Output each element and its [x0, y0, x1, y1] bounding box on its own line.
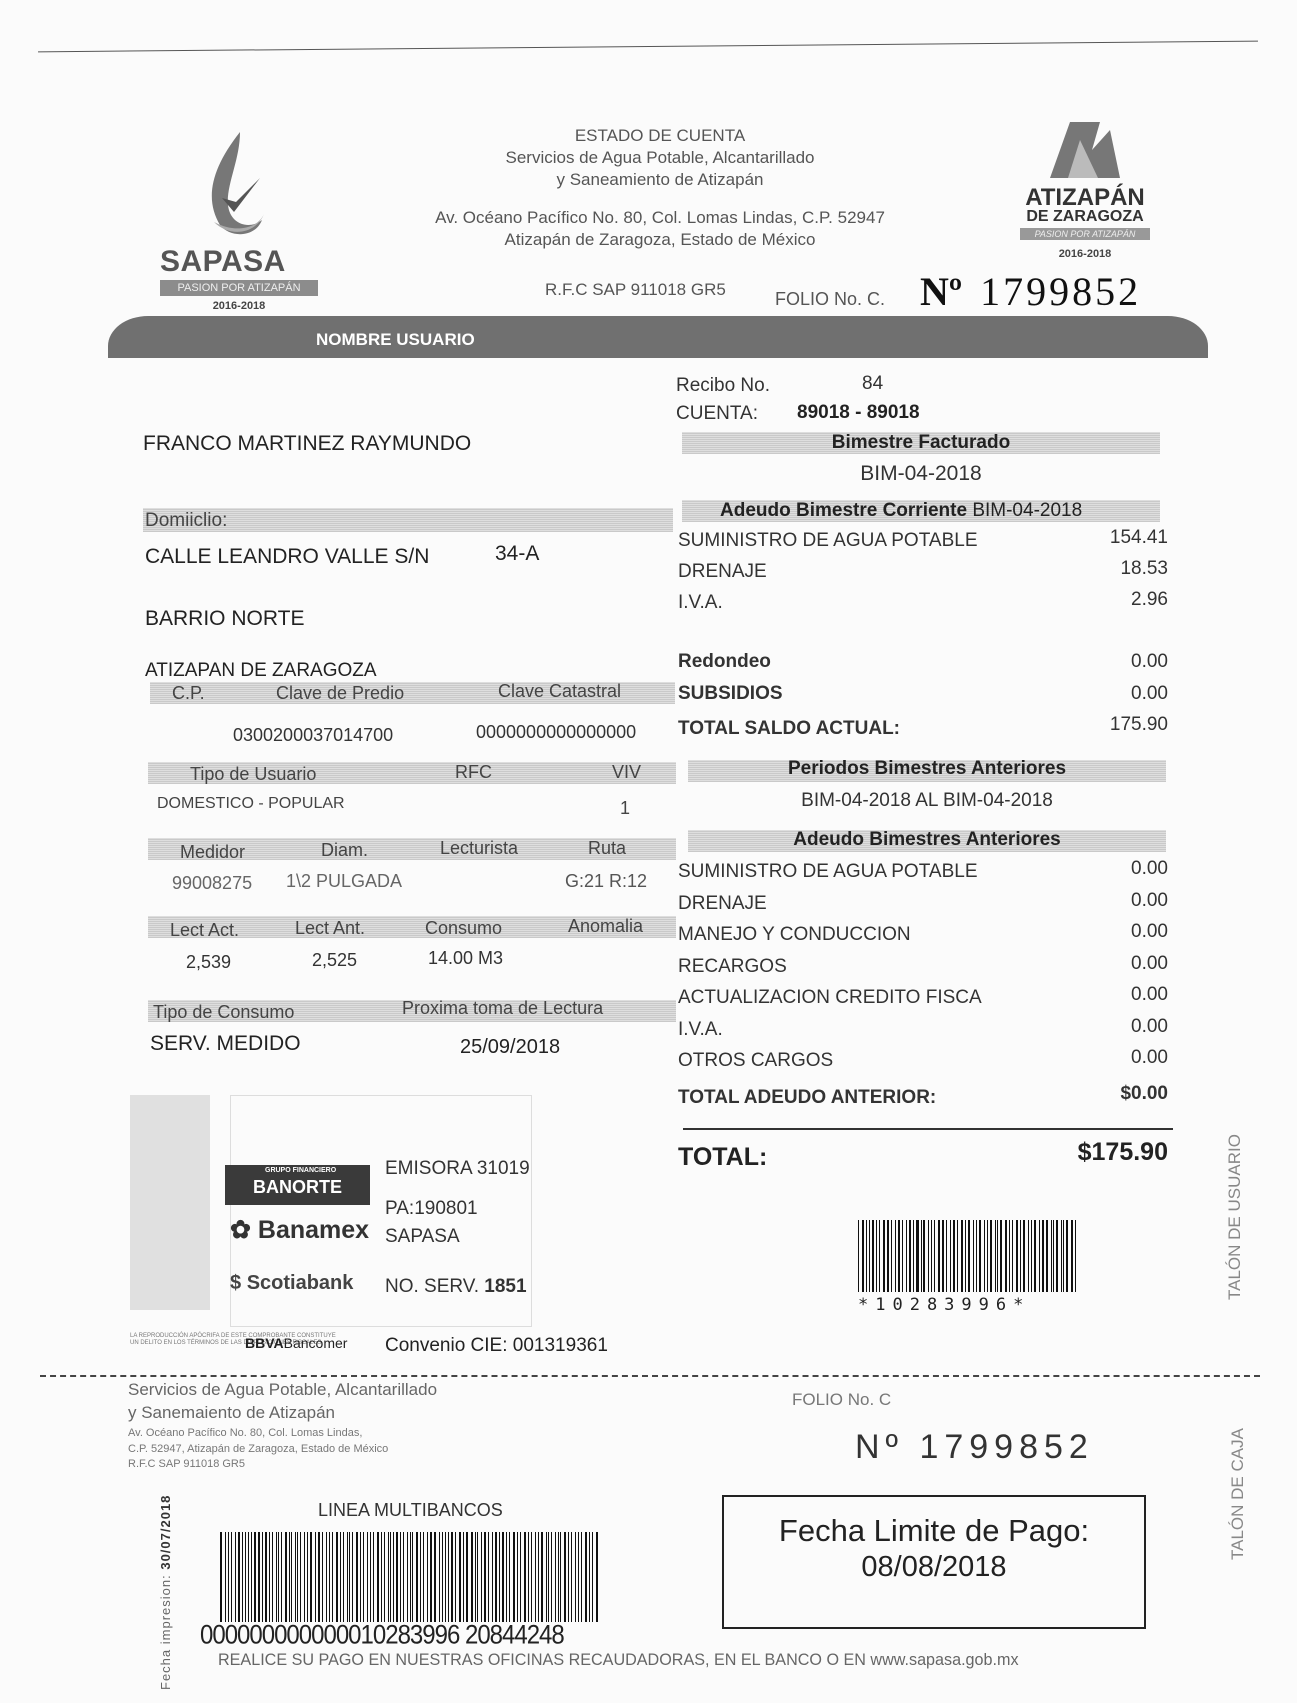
payment-deadline-box: Fecha Limite de Pago: 08/08/2018	[722, 1495, 1146, 1629]
medidor-label: Medidor	[180, 842, 245, 863]
current-charge-row: DRENAJE18.53	[678, 561, 1168, 583]
subsidios-row: SUBSIDIOS0.00	[678, 683, 1168, 705]
lect-ant-label: Lect Ant.	[295, 918, 365, 939]
bimestre: BIM-04-2018	[682, 462, 1160, 486]
atizapan-mountain-icon	[1050, 120, 1120, 180]
address-line-2: Atizapán de Zaragoza, Estado de México	[380, 230, 940, 250]
lect-act: 2,539	[186, 952, 231, 973]
tipo-consumo: SERV. MEDIDO	[150, 1032, 301, 1056]
tipo-consumo-label: Tipo de Consumo	[153, 1002, 294, 1023]
clave-predio-label: Clave de Predio	[276, 683, 404, 704]
proxima-lectura-label: Proxima toma de Lectura	[402, 998, 603, 1019]
banorte-logo: GRUPO FINANCIEROBANORTE	[225, 1165, 370, 1205]
sapasa-wordmark: SAPASA	[160, 245, 286, 279]
tipo-usuario-label: Tipo de Usuario	[190, 764, 316, 785]
nombre-usuario-bar: NOMBRE USUARIO	[108, 316, 1208, 358]
deadline-date: 08/08/2018	[724, 1551, 1144, 1584]
previous-charge-row: I.V.A.0.00	[678, 1019, 1168, 1041]
periodos: BIM-04-2018 AL BIM-04-2018	[688, 790, 1166, 812]
cuenta-number: 89018 - 89018	[797, 402, 920, 424]
recibo-label: Recibo No.	[676, 375, 770, 397]
folio-label: FOLIO No. C.	[775, 289, 885, 310]
atizapan-years: 2016-2018	[1010, 248, 1160, 260]
footer-address-2: C.P. 52947, Atizapán de Zaragoza, Estado…	[128, 1443, 388, 1455]
previous-charge-row: DRENAJE0.00	[678, 893, 1168, 915]
total-adeudo-anterior-row: TOTAL ADEUDO ANTERIOR:$0.00	[678, 1087, 1168, 1109]
consumo-label: Consumo	[425, 918, 502, 939]
header-center: ESTADO DE CUENTA Servicios de Agua Potab…	[380, 126, 940, 250]
lect-ant: 2,525	[312, 950, 357, 971]
payee: SAPASA	[385, 1223, 530, 1251]
previous-charge-row: OTROS CARGOS0.00	[678, 1050, 1168, 1072]
proxima-lectura: 25/09/2018	[460, 1036, 560, 1059]
org-line-2: y Saneamiento de Atizapán	[380, 170, 940, 190]
current-charge-row: SUMINISTRO DE AGUA POTABLE154.41	[678, 530, 1168, 552]
header-rfc: R.F.C SAP 911018 GR5	[545, 280, 726, 300]
medidor: 99008275	[172, 873, 252, 894]
total-divider	[683, 1128, 1173, 1130]
folio-number: Nº1799852	[920, 268, 1141, 315]
atizapan-tagline: PASION POR ATIZAPÁN	[1020, 228, 1150, 240]
viv: 1	[620, 798, 630, 819]
periodos-title: Periodos Bimestres Anteriores	[688, 758, 1166, 780]
lecturista-label: Lecturista	[440, 838, 518, 859]
previous-charge-row: RECARGOS0.00	[678, 956, 1168, 978]
bimestre-label: Bimestre Facturado	[682, 432, 1160, 454]
total-saldo-row: TOTAL SALDO ACTUAL:175.90	[678, 718, 1168, 740]
anomalia-label: Anomalia	[568, 916, 643, 937]
previous-charge-row: MANEJO Y CONDUCCION0.00	[678, 924, 1168, 946]
diam-label: Diam.	[321, 840, 368, 861]
sapasa-tagline: PASION POR ATIZAPÁN	[160, 280, 318, 296]
user-name: FRANCO MARTINEZ RAYMUNDO	[143, 432, 471, 456]
sapasa-flame-check-icon	[200, 130, 270, 240]
cut-line	[40, 1375, 1260, 1377]
talon-usuario-label: TALÓN DE USUARIO	[1225, 1134, 1245, 1300]
municipio: ATIZAPAN DE ZARAGOZA	[145, 660, 377, 682]
account-barcode	[858, 1220, 1078, 1292]
atizapan-logo: ATIZAPÁN DE ZARAGOZA PASION POR ATIZAPÁN…	[1010, 120, 1160, 270]
multibancos-barcode	[220, 1532, 600, 1622]
ruta-label: Ruta	[588, 838, 626, 859]
domicilio-label: Domiiclio:	[145, 510, 227, 532]
clave-catastral-label: Clave Catastral	[498, 681, 621, 702]
paper-top-edge	[38, 41, 1258, 53]
colonia: BARRIO NORTE	[145, 607, 304, 631]
grand-total-row: TOTAL:$175.90	[678, 1143, 1168, 1172]
current-charge-row: I.V.A.2.96	[678, 592, 1168, 614]
street: CALLE LEANDRO VALLE S/N	[145, 545, 429, 569]
org-line-1: Servicios de Agua Potable, Alcantarillad…	[380, 148, 940, 168]
multibancos-number: 000000000000010283996 20844248	[200, 1621, 564, 1652]
account-barcode-text: *10283996*	[858, 1295, 1078, 1315]
address-line-1: Av. Océano Pacífico No. 80, Col. Lomas L…	[380, 208, 940, 228]
doc-title: ESTADO DE CUENTA	[380, 126, 940, 146]
tipo-usuario: DOMESTICO - POPULAR	[157, 795, 345, 813]
footer-address-1: Av. Océano Pacífico No. 80, Col. Lomas L…	[128, 1427, 362, 1439]
pa-code: PA:190801	[385, 1195, 530, 1223]
rfc-label: RFC	[455, 762, 492, 783]
linea-multibancos-label: LINEA MULTIBANCOS	[318, 1500, 503, 1521]
footer-folio-number: Nº 1799852	[855, 1428, 1094, 1467]
footer-org-line-2: y Sanemaiento de Atizapán	[128, 1403, 335, 1423]
talon-caja-label: TALÓN DE CAJA	[1228, 1428, 1248, 1560]
adeudo-corriente-title: Adeudo Bimestre Corriente BIM-04-2018	[720, 500, 1082, 522]
banamex-logo: ✿ Banamex	[230, 1215, 369, 1245]
adeudo-anteriores-title: Adeudo Bimestres Anteriores	[688, 829, 1166, 851]
footer-folio-label: FOLIO No. C	[792, 1390, 891, 1410]
cuenta-label: CUENTA:	[676, 403, 758, 425]
lect-act-label: Lect Act.	[170, 920, 239, 941]
no-serv: NO. SERV. 1851	[385, 1273, 530, 1301]
ruta: G:21 R:12	[565, 871, 647, 892]
consumo: 14.00 M3	[428, 948, 503, 969]
payment-notice: REALICE SU PAGO EN NUESTRAS OFICINAS REC…	[218, 1650, 1019, 1670]
footer-org-line-1: Servicios de Agua Potable, Alcantarillad…	[128, 1380, 437, 1400]
clave-predio: 0300200037014700	[233, 725, 393, 746]
nombre-usuario-title: NOMBRE USUARIO	[316, 330, 475, 350]
deadline-label: Fecha Limite de Pago:	[724, 1513, 1144, 1549]
previous-charge-row: ACTUALIZACION CREDITO FISCA0.00	[678, 987, 1168, 1009]
viv-label: VIV	[612, 762, 641, 783]
sapasa-logo: SAPASA PASION POR ATIZAPÁN 2016-2018	[150, 130, 320, 310]
print-date: Fecha impresion: 30/07/2018	[158, 1495, 173, 1690]
cp-label: C.P.	[172, 683, 205, 704]
diam: 1\2 PULGADA	[286, 871, 402, 892]
payment-info: EMISORA 31019 PA:190801 SAPASA NO. SERV.…	[385, 1155, 530, 1301]
emisora: EMISORA 31019	[385, 1155, 530, 1183]
sapasa-years: 2016-2018	[160, 300, 318, 312]
recibo-number: 84	[862, 373, 883, 395]
bbva-logo: BBVABancomer	[245, 1335, 347, 1351]
atizapan-word-2: DE ZARAGOZA	[1010, 208, 1160, 226]
street-number: 34-A	[495, 542, 539, 566]
clave-catastral: 0000000000000000	[476, 722, 636, 743]
footer-rfc: R.F.C SAP 911018 GR5	[128, 1458, 245, 1470]
previous-charge-row: SUMINISTRO DE AGUA POTABLE0.00	[678, 861, 1168, 883]
convenio-cie: Convenio CIE: 001319361	[385, 1335, 608, 1357]
redondeo-row: Redondeo0.00	[678, 651, 1168, 673]
scotiabank-logo: $ Scotiabank	[230, 1272, 353, 1295]
